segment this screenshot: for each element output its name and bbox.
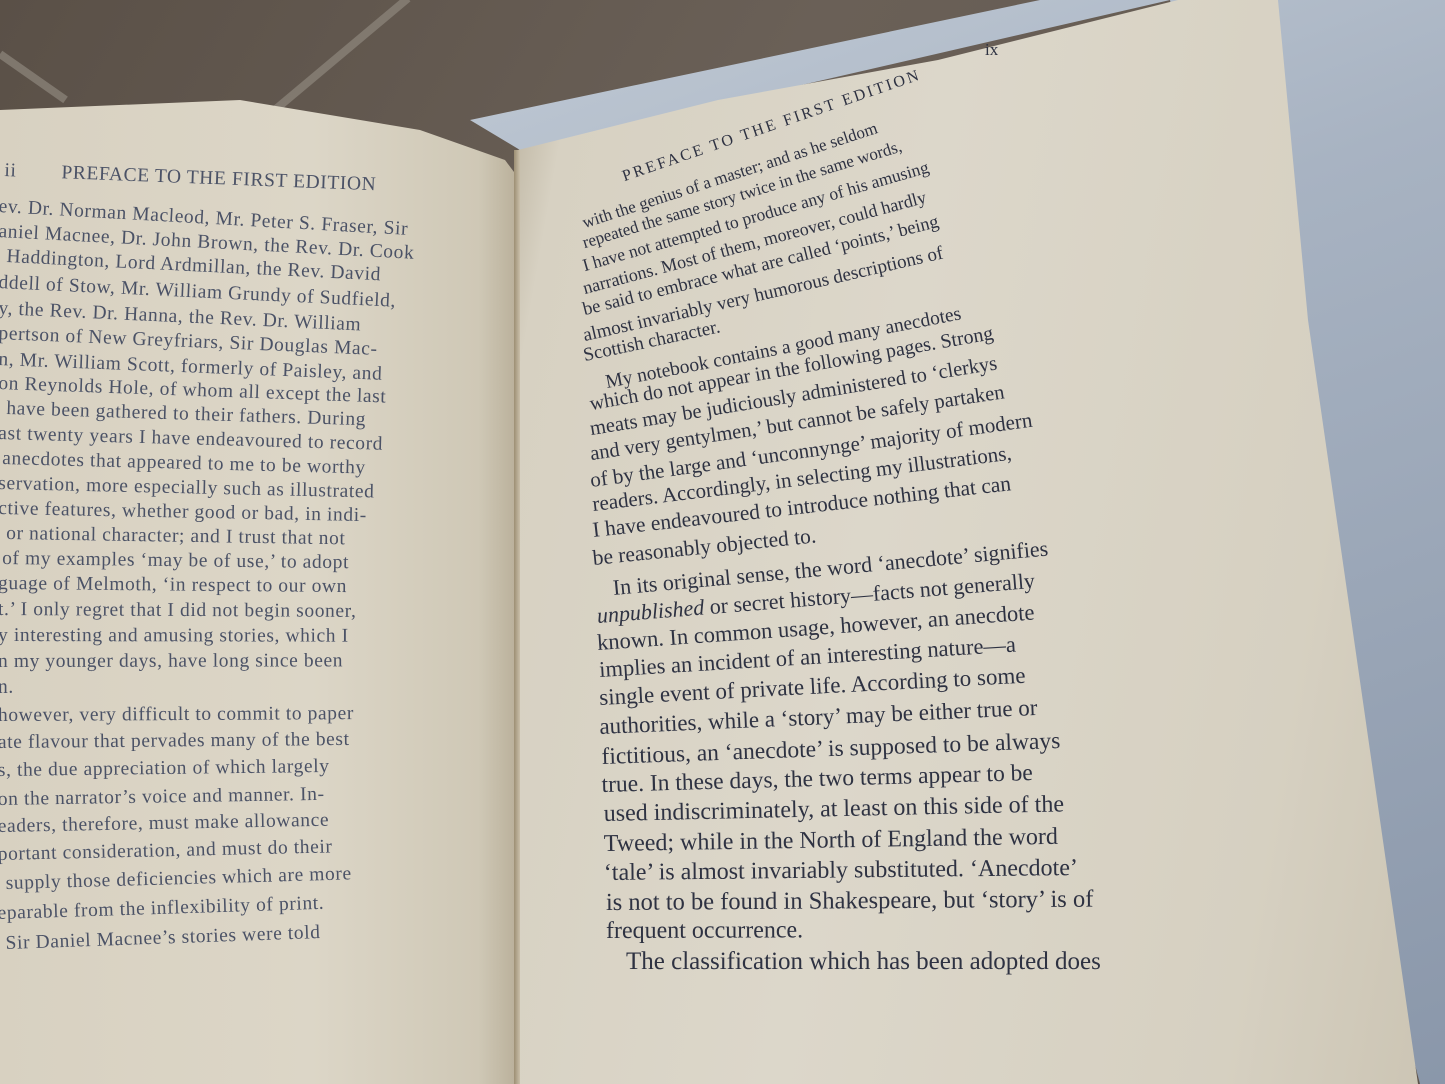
left-folio: ii	[4, 160, 17, 181]
text-line: ate flavour that pervades many of the be…	[0, 729, 350, 754]
text-line: guage of Melmoth, ‘in respect to our own	[0, 573, 347, 598]
text-line: of my examples ‘may be of use,’ to adopt	[2, 548, 349, 574]
text-line: ‘tale’ is almost invariably substituted.…	[604, 855, 1078, 887]
right-folio: ix	[985, 40, 998, 60]
text-line: n my younger days, have long since been	[0, 650, 343, 673]
book-gutter	[514, 150, 520, 1084]
text-line: frequent occurrence.	[606, 917, 803, 945]
text-line: n.	[0, 677, 14, 699]
text-line: s, the due appreciation of which largely	[0, 756, 330, 782]
text-line: y interesting and amusing stories, which…	[0, 625, 349, 648]
text-line: is not to be found in Shakespeare, but ‘…	[606, 886, 1094, 917]
text-line: t.’ I only regret that I did not begin s…	[0, 599, 357, 623]
text-line: The classification which has been adopte…	[626, 948, 1101, 976]
text-line: however, very difficult to commit to pap…	[0, 703, 354, 727]
